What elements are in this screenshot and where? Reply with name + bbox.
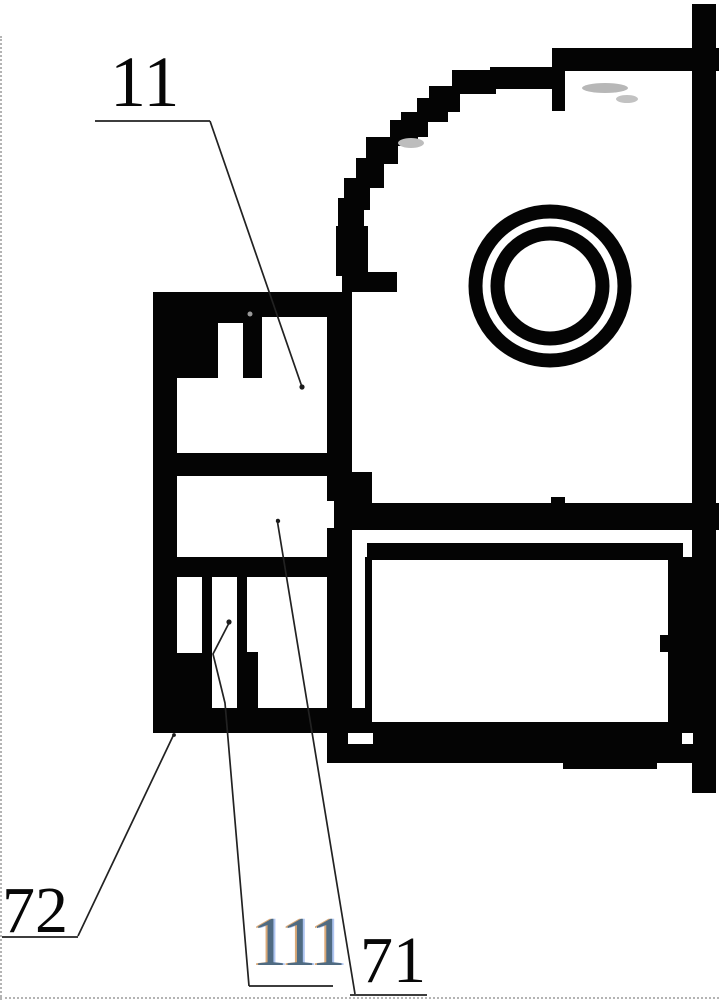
reference-numeral-11: 11 bbox=[110, 46, 179, 118]
machine-body-outline bbox=[327, 4, 719, 793]
bearing-bore-circles bbox=[476, 212, 625, 361]
leader-72-tip bbox=[172, 733, 176, 737]
reference-numeral-111: 111 bbox=[252, 908, 343, 978]
reference-numeral-72: 72 bbox=[2, 878, 68, 944]
block-bottom-bar bbox=[153, 708, 372, 733]
block-top-left-solid bbox=[153, 292, 218, 378]
lower-box bbox=[365, 543, 695, 723]
right-wall bbox=[692, 4, 716, 793]
page-bottom-edge-dots bbox=[0, 997, 719, 999]
block-top-bar-mid bbox=[218, 292, 243, 323]
top-wall bbox=[552, 48, 719, 71]
slot-divider-1 bbox=[202, 577, 212, 708]
leader-71-tip bbox=[276, 519, 280, 523]
internal-shelf bbox=[348, 503, 719, 530]
technical-drawing bbox=[0, 0, 719, 1000]
inner-ring bbox=[498, 234, 603, 339]
page-left-edge-dots bbox=[0, 36, 2, 1000]
leader-11-tip bbox=[299, 384, 304, 389]
patent-figure-canvas: 11 72 111 71 bbox=[0, 0, 719, 1000]
slot-a-fill bbox=[177, 653, 202, 708]
white-notches bbox=[327, 501, 693, 744]
left-wall-tick bbox=[342, 272, 397, 292]
reference-numeral-71: 71 bbox=[360, 928, 426, 994]
internal-shelf-step bbox=[348, 472, 372, 506]
shelf-bump bbox=[551, 497, 565, 504]
block-band-lower bbox=[153, 557, 352, 577]
leader-111-tip bbox=[226, 619, 231, 624]
block-top-bar-right bbox=[262, 292, 327, 317]
slot-c-notch bbox=[247, 652, 258, 708]
bottom-plate bbox=[327, 722, 713, 769]
block-band-upper bbox=[153, 453, 352, 476]
slot-divider-2 bbox=[237, 577, 247, 708]
block-mid-column bbox=[243, 292, 262, 378]
